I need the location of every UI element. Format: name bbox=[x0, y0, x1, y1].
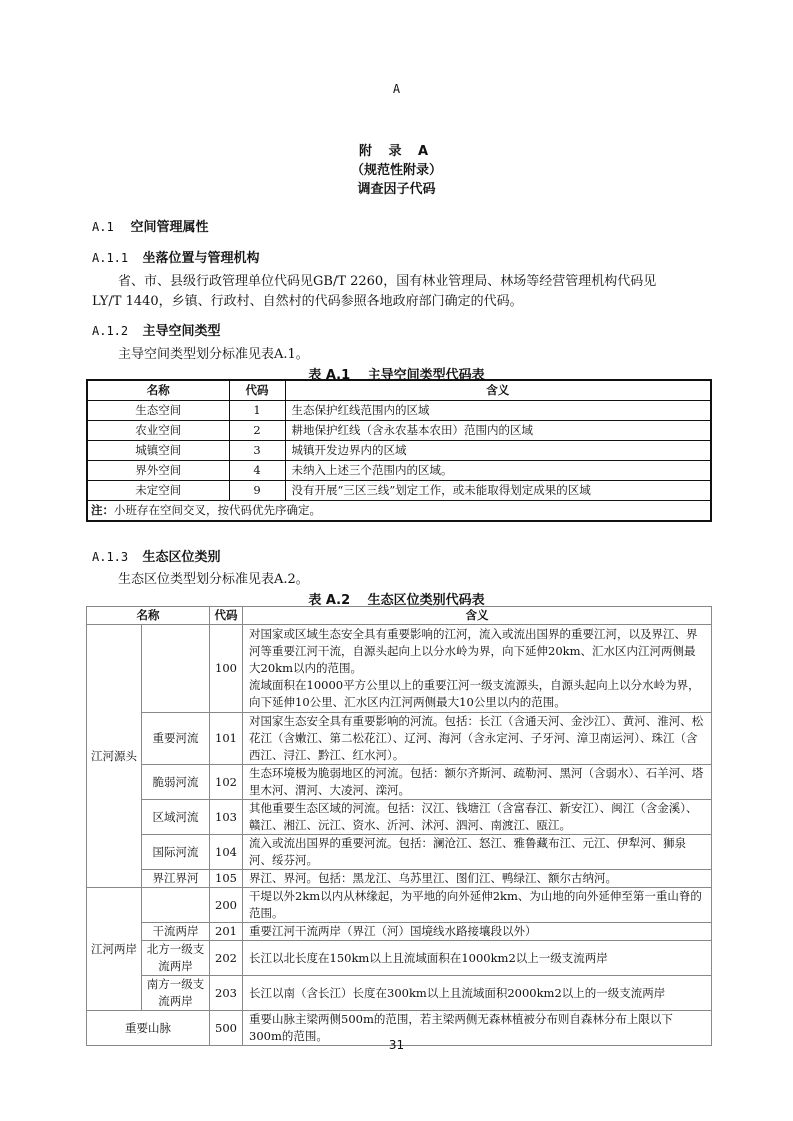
paragraph: 主导空间类型划分标准见表A.1。 bbox=[118, 345, 309, 365]
cell-code: 200 bbox=[210, 888, 243, 923]
table-row: 脆弱河流 102 生态环境极为脆弱地区的河流。包括：额尔齐斯河、疏勒河、黑河（含… bbox=[87, 765, 712, 800]
cell-meaning: 对国家或区域生态安全具有重要影响的江河，流入或流出国界的重要江河，以及界江、界河… bbox=[243, 625, 712, 713]
document-page: A 附 录 A （规范性附录） 调查因子代码 A.1 空间管理属性 A.1.1 … bbox=[0, 0, 793, 1121]
cell-subname: 北方一级支流两岸 bbox=[142, 941, 210, 976]
cell-subname: 干流两岸 bbox=[142, 923, 210, 941]
cell-meaning: 重要江河干流两岸（界江（河）国境线水路接壤段以外） bbox=[243, 923, 712, 941]
section-title: 坐落位置与管理机构 bbox=[143, 251, 260, 266]
table-row: 国际河流 104 流入或流出国界的重要河流。包括：澜沧江、怒江、雅鲁藏布江、元江… bbox=[87, 835, 712, 870]
section-title: 生态区位类别 bbox=[143, 550, 221, 565]
cell-name: 城镇空间 bbox=[87, 441, 229, 461]
cell-group-name: 江河两岸 bbox=[87, 888, 142, 1011]
page-number: 31 bbox=[0, 1038, 793, 1052]
section-number: A.1.3 bbox=[92, 550, 138, 564]
cell-code: 9 bbox=[229, 481, 285, 501]
cell-subname: 界江界河 bbox=[142, 870, 210, 888]
paragraph: 生态区位类型划分标准见表A.2。 bbox=[118, 570, 309, 590]
section-title: 空间管理属性 bbox=[131, 220, 209, 235]
cell-meaning: 长江以北长度在150km以上且流域面积在1000km2以上一级支流两岸 bbox=[243, 941, 712, 976]
cell-meaning: 未纳入上述三个范围内的区域。 bbox=[285, 461, 711, 481]
table-row: 江河两岸 200 干堤以外2km以内从林缘起，为平地的向外延伸2km、为山地的向… bbox=[87, 888, 712, 923]
table-row: 未定空间 9 没有开展“三区三线”划定工作，或未能取得划定成果的区域 bbox=[87, 481, 711, 501]
table-note-row: 注：小班存在空间交叉，按代码优先序确定。 bbox=[87, 501, 711, 522]
cell-subname: 重要河流 bbox=[142, 713, 210, 765]
cell-name: 农业空间 bbox=[87, 421, 229, 441]
paragraph-line: 省、市、县级行政管理单位代码见GB/T 2260，国有林业管理局、林场等经营管理… bbox=[118, 272, 718, 292]
cell-subname: 南方一级支流两岸 bbox=[142, 976, 210, 1011]
note-label: 注： bbox=[91, 503, 114, 517]
column-header-meaning: 含义 bbox=[243, 607, 712, 625]
section-a1-heading: A.1 空间管理属性 bbox=[92, 216, 209, 235]
cell-code: 101 bbox=[210, 713, 243, 765]
cell-code: 2 bbox=[229, 421, 285, 441]
section-number: A.1.1 bbox=[92, 251, 138, 265]
section-a11-heading: A.1.1 坐落位置与管理机构 bbox=[92, 247, 260, 266]
cell-code: 203 bbox=[210, 976, 243, 1011]
table-row: 干流两岸 201 重要江河干流两岸（界江（河）国境线水路接壤段以外） bbox=[87, 923, 712, 941]
meaning-line: 对国家或区域生态安全具有重要影响的江河，流入或流出国界的重要江河，以及界江、界河… bbox=[249, 626, 705, 677]
cell-name: 界外空间 bbox=[87, 461, 229, 481]
cell-meaning: 对国家生态安全具有重要影响的河流。包括：长江（含通天河、金沙江）、黄河、淮河、松… bbox=[243, 713, 712, 765]
cell-code: 102 bbox=[210, 765, 243, 800]
column-header-code: 代码 bbox=[210, 607, 243, 625]
table-row: 农业空间 2 耕地保护红线（含永农基本农田）范围内的区域 bbox=[87, 421, 711, 441]
cell-meaning: 其他重要生态区域的河流。包括：汉江、钱塘江（含富春江、新安江）、闽江（含金溪）、… bbox=[243, 800, 712, 835]
cell-code: 202 bbox=[210, 941, 243, 976]
cell-code: 4 bbox=[229, 461, 285, 481]
appendix-subtitle: （规范性附录） bbox=[0, 159, 793, 178]
cell-subname: 国际河流 bbox=[142, 835, 210, 870]
cell-code: 100 bbox=[210, 625, 243, 713]
header-letter: A bbox=[0, 82, 793, 96]
cell-meaning: 界江、界河。包括：黑龙江、乌苏里江、图们江、鸭绿江、额尔古纳河。 bbox=[243, 870, 712, 888]
appendix-name: 调查因子代码 bbox=[0, 178, 793, 197]
cell-subname bbox=[142, 625, 210, 713]
note-text: 小班存在空间交叉，按代码优先序确定。 bbox=[114, 503, 321, 517]
section-number: A.1 bbox=[92, 220, 126, 234]
section-number: A.1.2 bbox=[92, 324, 138, 338]
table-row: 界外空间 4 未纳入上述三个范围内的区域。 bbox=[87, 461, 711, 481]
cell-code: 1 bbox=[229, 401, 285, 421]
table-row: 生态空间 1 生态保护红线范围内的区域 bbox=[87, 401, 711, 421]
table-row: 重要河流 101 对国家生态安全具有重要影响的河流。包括：长江（含通天河、金沙江… bbox=[87, 713, 712, 765]
column-header-name: 名称 bbox=[87, 607, 210, 625]
cell-meaning: 流入或流出国界的重要河流。包括：澜沧江、怒江、雅鲁藏布江、元江、伊犁河、狮泉河、… bbox=[243, 835, 712, 870]
section-title: 主导空间类型 bbox=[143, 324, 221, 339]
cell-subname: 区域河流 bbox=[142, 800, 210, 835]
cell-code: 104 bbox=[210, 835, 243, 870]
table-row: 城镇空间 3 城镇开发边界内的区域 bbox=[87, 441, 711, 461]
table-a2: 名称 代码 含义 江河源头 100 对国家或区域生态安全具有重要影响的江河，流入… bbox=[86, 606, 712, 1046]
table-note: 注：小班存在空间交叉，按代码优先序确定。 bbox=[87, 501, 711, 522]
table-a1: 名称 代码 含义 生态空间 1 生态保护红线范围内的区域 农业空间 2 耕地保护… bbox=[86, 379, 712, 522]
meaning-line: 流域面积在10000平方公里以上的重要江河一级支流源头，自源头起向上以分水岭为界… bbox=[249, 677, 705, 711]
section-a13-heading: A.1.3 生态区位类别 bbox=[92, 546, 221, 565]
cell-code: 3 bbox=[229, 441, 285, 461]
paragraph-line: LY/T 1440，乡镇、行政村、自然村的代码参照各地政府部门确定的代码。 bbox=[92, 292, 712, 312]
cell-name: 未定空间 bbox=[87, 481, 229, 501]
column-header-code: 代码 bbox=[229, 380, 285, 401]
cell-name: 生态空间 bbox=[87, 401, 229, 421]
cell-meaning: 生态保护红线范围内的区域 bbox=[285, 401, 711, 421]
cell-code: 105 bbox=[210, 870, 243, 888]
cell-subname: 脆弱河流 bbox=[142, 765, 210, 800]
cell-subname bbox=[142, 888, 210, 923]
cell-meaning: 长江以南（含长江）长度在300km以上且流域面积2000km2以上的一级支流两岸 bbox=[243, 976, 712, 1011]
table-row: 江河源头 100 对国家或区域生态安全具有重要影响的江河，流入或流出国界的重要江… bbox=[87, 625, 712, 713]
cell-meaning: 干堤以外2km以内从林缘起，为平地的向外延伸2km、为山地的向外延伸至第一重山脊… bbox=[243, 888, 712, 923]
table-row: 区域河流 103 其他重要生态区域的河流。包括：汉江、钱塘江（含富春江、新安江）… bbox=[87, 800, 712, 835]
cell-meaning: 耕地保护红线（含永农基本农田）范围内的区域 bbox=[285, 421, 711, 441]
cell-meaning: 城镇开发边界内的区域 bbox=[285, 441, 711, 461]
table-row: 界江界河 105 界江、界河。包括：黑龙江、乌苏里江、图们江、鸭绿江、额尔古纳河… bbox=[87, 870, 712, 888]
table-row: 北方一级支流两岸 202 长江以北长度在150km以上且流域面积在1000km2… bbox=[87, 941, 712, 976]
table-row: 南方一级支流两岸 203 长江以南（含长江）长度在300km以上且流域面积200… bbox=[87, 976, 712, 1011]
cell-code: 103 bbox=[210, 800, 243, 835]
cell-code: 201 bbox=[210, 923, 243, 941]
section-a12-heading: A.1.2 主导空间类型 bbox=[92, 320, 221, 339]
appendix-title: 附 录 A bbox=[0, 140, 793, 159]
cell-meaning: 生态环境极为脆弱地区的河流。包括：额尔齐斯河、疏勒河、黑河（含弱水）、石羊河、塔… bbox=[243, 765, 712, 800]
cell-meaning: 没有开展“三区三线”划定工作，或未能取得划定成果的区域 bbox=[285, 481, 711, 501]
cell-group-name: 江河源头 bbox=[87, 625, 142, 888]
column-header-meaning: 含义 bbox=[285, 380, 711, 401]
column-header-name: 名称 bbox=[87, 380, 229, 401]
